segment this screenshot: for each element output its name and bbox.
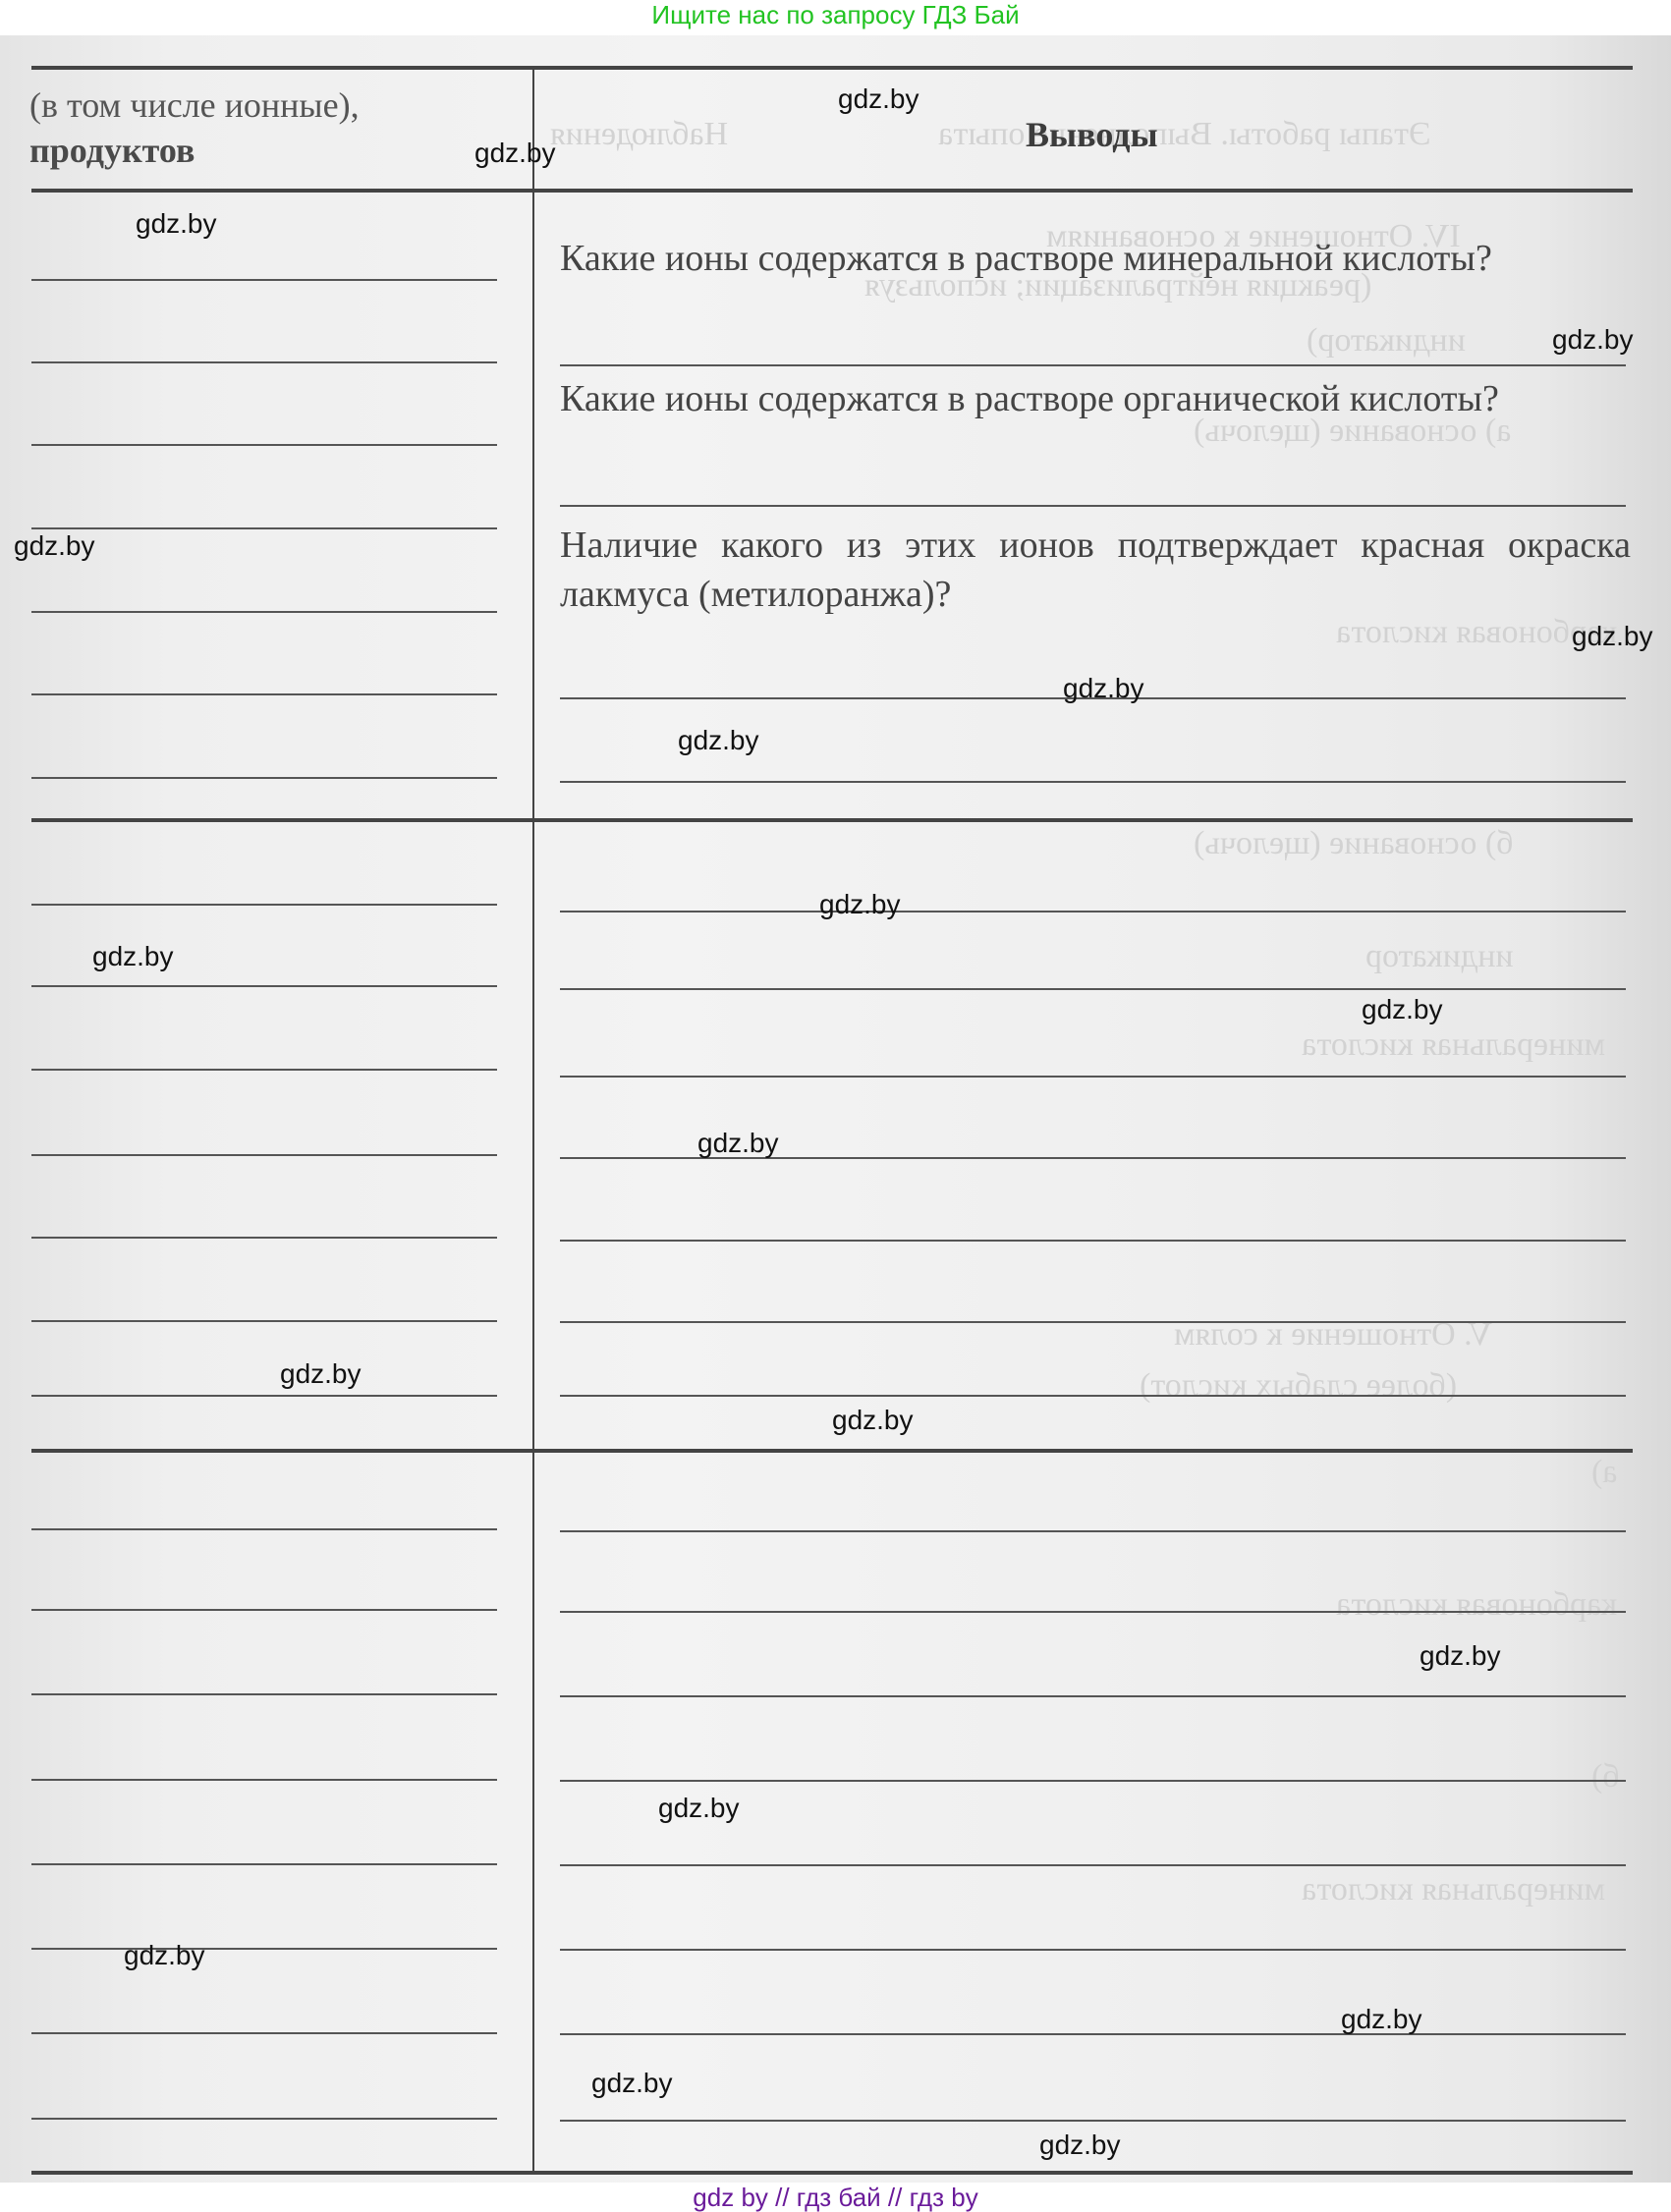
ghost-v-b: б) xyxy=(1591,1758,1620,1796)
answer-line xyxy=(560,364,1626,366)
answer-line xyxy=(31,1863,497,1865)
watermark-text: gdz.by xyxy=(474,138,556,169)
header-left-line2: продуктов xyxy=(29,131,195,170)
watermark-text: gdz.by xyxy=(678,725,759,756)
ghost-v-sub: (более слабых кислот) xyxy=(1140,1367,1457,1405)
answer-line xyxy=(560,1611,1626,1613)
answer-line xyxy=(31,1320,497,1322)
top-banner: Ищите нас по запросу ГДЗ Бай xyxy=(0,0,1671,35)
watermark-text: gdz.by xyxy=(136,208,217,240)
answer-line xyxy=(31,444,497,446)
answer-line xyxy=(560,1530,1626,1532)
answer-line xyxy=(31,1069,497,1071)
banner-text: Ищите нас по запросу ГДЗ Бай xyxy=(651,0,1019,29)
bottom-banner: gdz by // гдз бай // гдз by xyxy=(0,2183,1671,2212)
table-top-border xyxy=(31,66,1633,70)
watermark-text: gdz.by xyxy=(124,1940,205,1971)
answer-line xyxy=(560,1864,1626,1866)
answer-line xyxy=(31,904,497,906)
answer-line xyxy=(560,1695,1626,1697)
answer-line xyxy=(31,1779,497,1781)
watermark-text: gdz.by xyxy=(1039,2129,1121,2161)
answer-line xyxy=(560,1321,1626,1323)
watermark-text: gdz.by xyxy=(1063,673,1144,704)
answer-line xyxy=(31,361,497,363)
answer-line xyxy=(31,1528,497,1530)
ghost-header-observations: Наблюдения xyxy=(550,116,728,153)
answer-line xyxy=(31,2032,497,2034)
column-divider xyxy=(532,66,534,2175)
watermark-text: gdz.by xyxy=(1552,324,1634,356)
watermark-text: gdz.by xyxy=(832,1405,914,1436)
answer-line xyxy=(560,1780,1626,1782)
watermark-text: gdz.by xyxy=(838,83,919,115)
ghost-header-stages: Этапы работы. Выполнение опыта xyxy=(938,116,1430,153)
answer-line xyxy=(31,1237,497,1239)
watermark-text: gdz.by xyxy=(819,889,901,920)
answer-line xyxy=(560,1076,1626,1078)
ghost-iv-indicator: индикатор) xyxy=(1307,322,1466,359)
row2-bottom-border xyxy=(31,1449,1633,1453)
answer-line xyxy=(31,985,497,987)
answer-line xyxy=(31,693,497,695)
answer-line xyxy=(560,781,1626,783)
answer-line xyxy=(31,279,497,281)
header-bottom-border xyxy=(31,189,1633,193)
answer-line xyxy=(560,505,1626,507)
watermark-text: gdz.by xyxy=(14,530,95,562)
table-bottom-border xyxy=(31,2171,1633,2175)
watermark-text: gdz.by xyxy=(280,1358,362,1390)
watermark-text: gdz.by xyxy=(1341,2004,1422,2035)
watermark-text: gdz.by xyxy=(591,2068,673,2099)
answer-line xyxy=(31,611,497,613)
answer-line xyxy=(31,1948,497,1950)
answer-line xyxy=(560,2120,1626,2122)
answer-line xyxy=(31,1395,497,1397)
answer-line xyxy=(560,1395,1626,1397)
question-mineral-acid-ions: Какие ионы содержатся в растворе минерал… xyxy=(560,234,1631,283)
ghost-v-mineral: минеральная кислота xyxy=(1302,1871,1605,1908)
answer-line xyxy=(560,1949,1626,1951)
ghost-v-carboxylic: карбоновая кислота xyxy=(1336,1586,1617,1624)
watermark-text: gdz.by xyxy=(1362,994,1443,1025)
ghost-b-base: б) основание (щелочь) xyxy=(1194,825,1514,862)
footer-text: gdz by // гдз бай // гдз by xyxy=(693,2183,977,2212)
answer-line xyxy=(560,2033,1626,2035)
header-left-line1: (в том числе ионные), xyxy=(29,83,360,128)
answer-line xyxy=(31,2118,497,2120)
answer-line xyxy=(31,527,497,529)
watermark-text: gdz.by xyxy=(92,941,174,972)
answer-line xyxy=(560,911,1626,912)
row1-bottom-border xyxy=(31,818,1633,822)
watermark-text: gdz.by xyxy=(658,1793,740,1824)
question-organic-acid-ions: Какие ионы содержатся в растворе органич… xyxy=(560,374,1631,423)
header-conclusions: Выводы xyxy=(1026,114,1158,155)
question-litmus-red: Наличие какого из этих ионов подтверждае… xyxy=(560,521,1631,619)
header-left-cell: (в том числе ионные), продуктов xyxy=(29,83,360,173)
answer-line xyxy=(31,777,497,779)
answer-line xyxy=(31,1609,497,1611)
ghost-indicator: индикатор xyxy=(1365,938,1514,975)
watermark-text: gdz.by xyxy=(697,1128,779,1159)
watermark-text: gdz.by xyxy=(1572,621,1653,652)
answer-line xyxy=(560,1240,1626,1242)
watermark-text: gdz.by xyxy=(1420,1640,1501,1672)
answer-line xyxy=(31,1154,497,1156)
ghost-v-a: а) xyxy=(1591,1454,1617,1491)
ghost-mineral: минеральная кислота xyxy=(1302,1026,1605,1064)
answer-line xyxy=(560,988,1626,990)
answer-line xyxy=(31,1693,497,1695)
